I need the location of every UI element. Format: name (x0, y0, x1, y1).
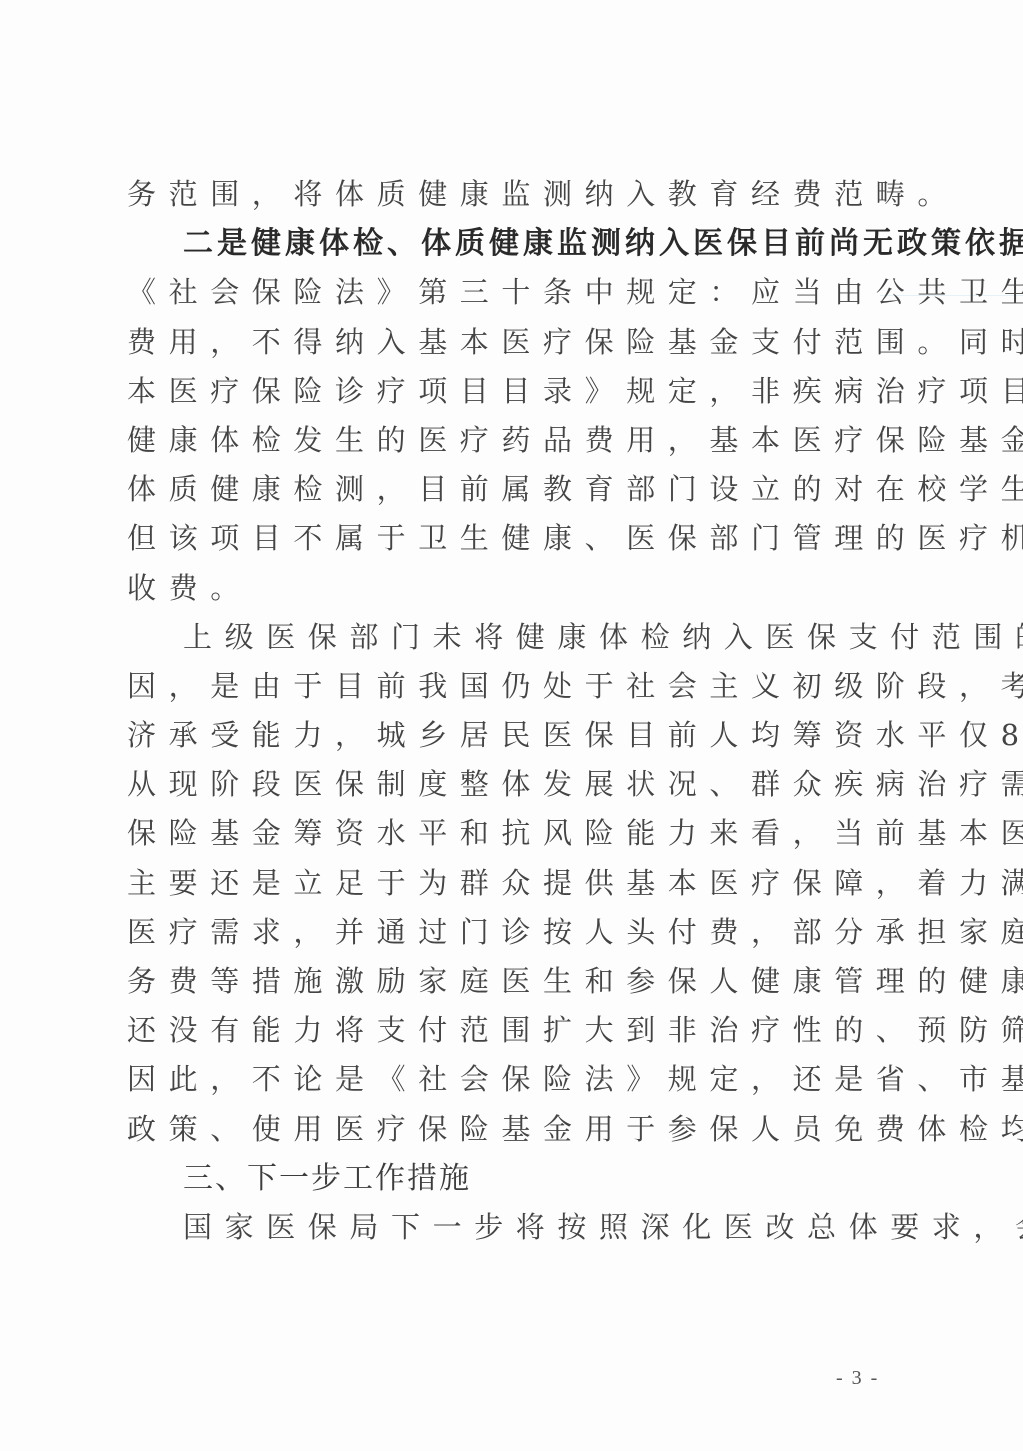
text-line: 费用，不得纳入基本医疗保险基金支付范围。同时《湖南省基 (127, 318, 887, 367)
text-line: 济承受能力，城乡居民医保目前人均筹资水平仅800元。因此， (127, 711, 887, 760)
text-line: 收费。 (127, 564, 887, 613)
text-line: 因此，不论是《社会保险法》规定，还是省、市基本医疗保险 (127, 1055, 887, 1104)
text-line: 务费等措施激励家庭医生和参保人健康管理的健康促进工作， (127, 957, 887, 1006)
text-line: 体质健康检测，目前属教育部门设立的对在校学生健康监测， (127, 465, 887, 514)
text-line: 医疗需求，并通过门诊按人头付费，部分承担家庭医生签约服 (127, 908, 887, 957)
text-line: 还没有能力将支付范围扩大到非治疗性的、预防筛查的项目。 (127, 1006, 887, 1055)
paragraph-start-line: 上级医保部门未将健康体检纳入医保支付范围的主要原 (127, 613, 887, 662)
text-line: 政策、使用医疗保险基金用于参保人员免费体检均是不允许的。 (127, 1105, 887, 1154)
text-line: 主要还是立足于为群众提供基本医疗保障，着力满足群众基本 (127, 859, 887, 908)
text-line: 但该项目不属于卫生健康、医保部门管理的医疗机构的服务型 (127, 514, 887, 563)
document-body: 务范围，将体质健康监测纳入教育经费范畴。 二是健康体检、体质健康监测纳入医保目前… (127, 170, 887, 1252)
text-line: 从现阶段医保制度整体发展状况、群众疾病治疗需求以及医疗 (127, 760, 887, 809)
text-line: 保险基金筹资水平和抗风险能力来看，当前基本医疗保险制度 (127, 809, 887, 858)
text-line: 本医疗保险诊疗项目目录》规定，非疾病治疗项目类中的各种 (127, 367, 887, 416)
section-heading: 三、下一步工作措施 (127, 1154, 887, 1203)
text-line: 务范围，将体质健康监测纳入教育经费范畴。 (127, 170, 887, 219)
paragraph-start-line: 国家医保局下一步将按照深化医改总体要求，会同有关部 (127, 1203, 887, 1252)
page-number: - 3 - (836, 1367, 879, 1390)
section-lead-sentence: 二是健康体检、体质健康监测纳入医保目前尚无政策依据。 (127, 219, 887, 268)
text-line: 因，是由于目前我国仍处于社会主义初级阶段，考虑到社会经 (127, 662, 887, 711)
text-line: 《社会保险法》第三十条中规定：应当由公共卫生负担的医疗 (127, 268, 887, 317)
document-page: 务范围，将体质健康监测纳入教育经费范畴。 二是健康体检、体质健康监测纳入医保目前… (0, 0, 1023, 1451)
text-line: 健康体检发生的医疗药品费用，基本医疗保险基金不予支付。 (127, 416, 887, 465)
